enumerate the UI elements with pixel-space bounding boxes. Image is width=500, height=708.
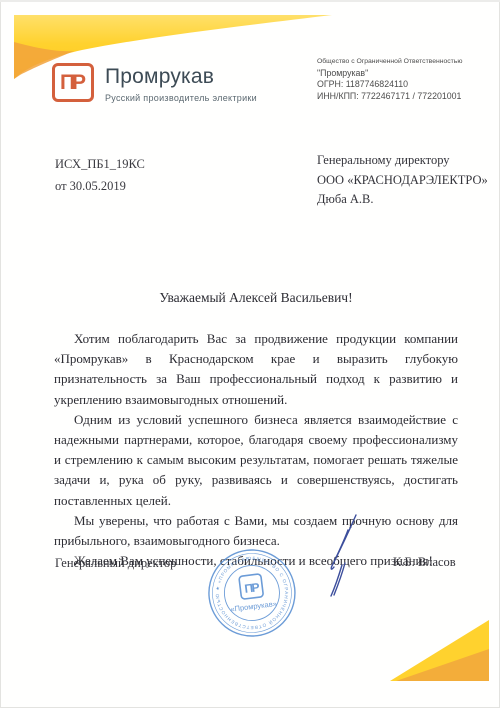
- recipient-position: Генеральному директору: [317, 151, 488, 171]
- company-inn-kpp: ИНН/КПП: 7722467171 / 772201001: [317, 91, 495, 103]
- company-ogrn: ОГРН: 1187746824110: [317, 79, 495, 91]
- body-paragraph: Одним из условий успешного бизнеса являе…: [54, 410, 458, 511]
- stamp-monogram: ПР: [244, 580, 261, 596]
- signer-title: Генеральный директор: [55, 556, 176, 571]
- recipient-company: ООО «КРАСНОДАРЭЛЕКТРО»: [317, 171, 488, 191]
- body-paragraph: Хотим поблагодарить Вас за продвижение п…: [54, 329, 458, 410]
- letter-date: от 30.05.2019: [55, 175, 145, 197]
- signer-name: К.Б. Власов: [393, 555, 456, 570]
- company-legal-info: Общество с Ограниченной Ответственностью…: [317, 56, 495, 102]
- company-stamp: ОБЩЕСТВО С ОГРАНИЧЕННОЙ ОТВЕТСТВЕННОСТЬЮ…: [201, 541, 304, 647]
- company-legal-form: Общество с Ограниченной Ответственностью: [317, 56, 495, 68]
- logo-monogram-icon: ПР: [52, 63, 94, 102]
- stamp-brand-text: «Промрукав»: [230, 599, 277, 614]
- salutation: Уважаемый Алексей Васильевич!: [55, 290, 457, 306]
- recipient-block: Генеральному директору ООО «КРАСНОДАРЭЛЕ…: [317, 151, 488, 210]
- letter-body: Хотим поблагодарить Вас за продвижение п…: [54, 329, 458, 571]
- company-logo: ПР Промрукав Русский производитель элект…: [52, 63, 257, 103]
- company-name: "Промрукав": [317, 68, 495, 80]
- reference-block: ИСХ_ПБ1_19КС от 30.05.2019: [55, 153, 145, 197]
- recipient-person: Дюба А.В.: [317, 190, 488, 210]
- outgoing-number: ИСХ_ПБ1_19КС: [55, 153, 145, 175]
- scanned-letter-page: ПР Промрукав Русский производитель элект…: [0, 0, 500, 708]
- handwritten-signature: [300, 503, 370, 603]
- brand-tagline: Русский производитель электрики: [105, 93, 257, 103]
- logo-text-block: Промрукав Русский производитель электрик…: [105, 63, 257, 103]
- brand-name: Промрукав: [105, 65, 257, 89]
